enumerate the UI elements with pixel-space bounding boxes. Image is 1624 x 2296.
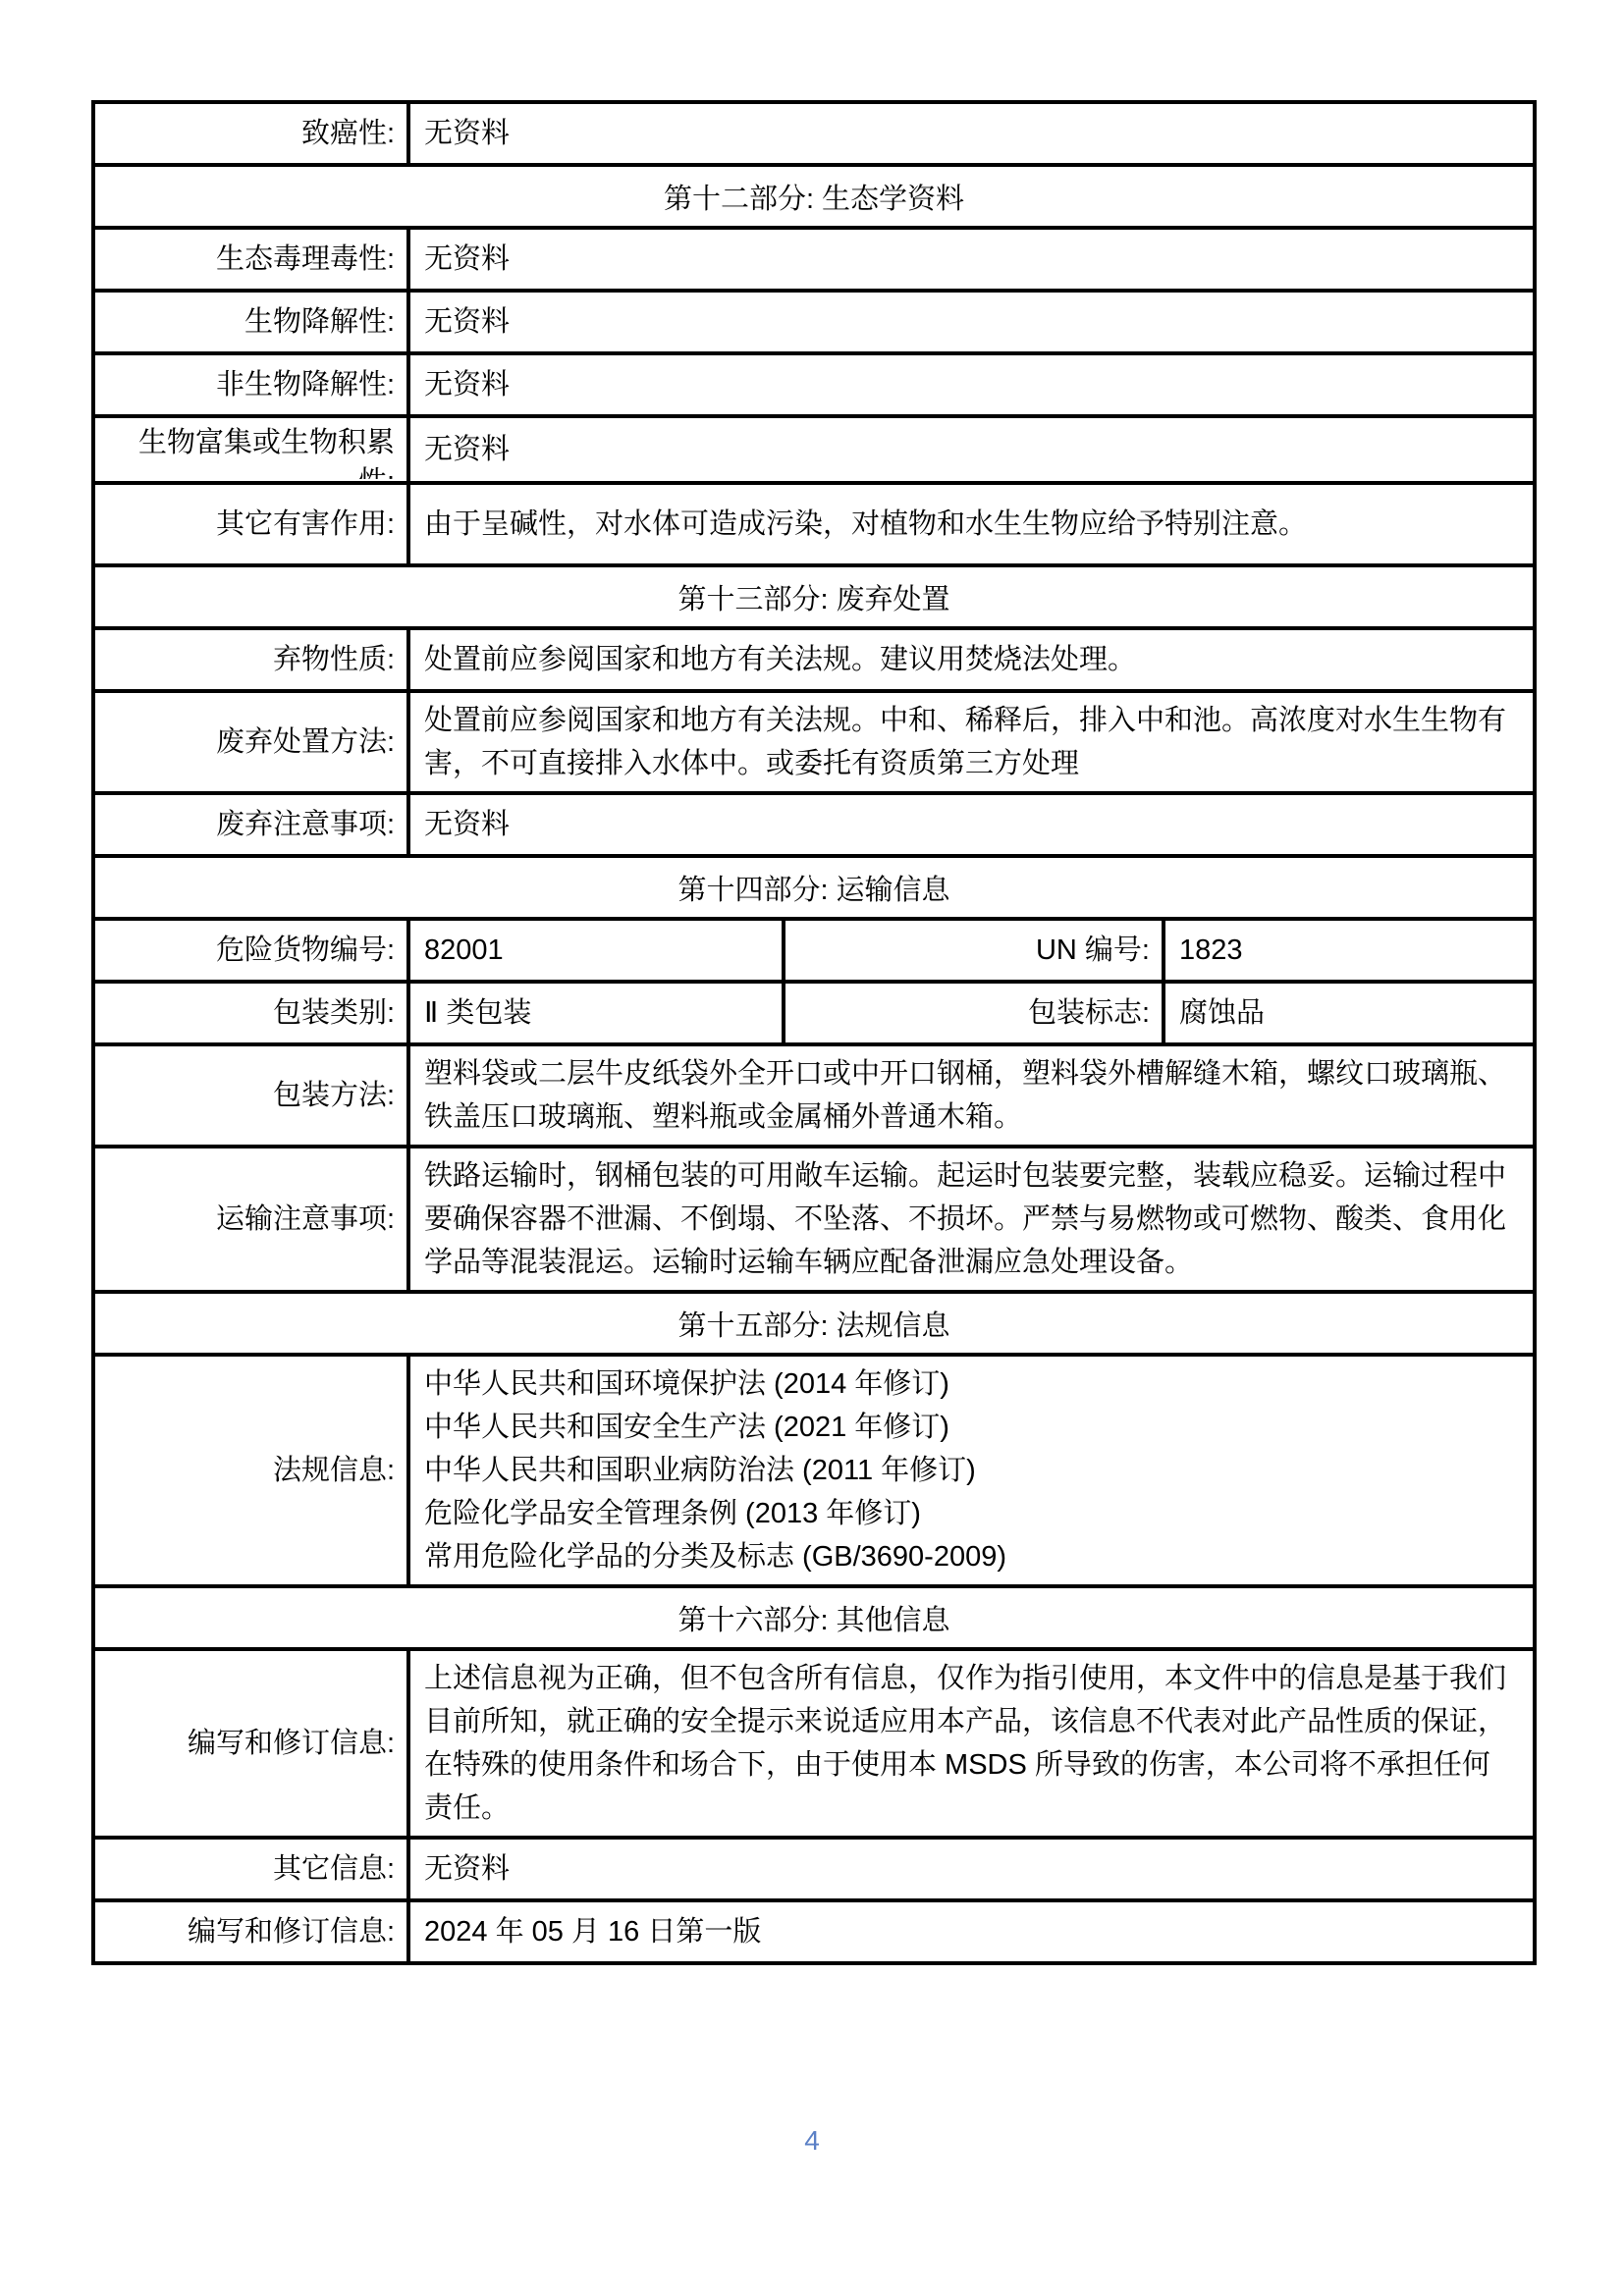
row-dangerous-goods-number: 危险货物编号: 82001 UN 编号: 1823 bbox=[93, 919, 1535, 982]
clipped-label-wrapper: 生物富集或生物积累性: bbox=[103, 420, 395, 479]
row-carcinogenicity: 致癌性: 无资料 bbox=[93, 102, 1535, 165]
row-value-left: Ⅱ 类包装 bbox=[408, 982, 784, 1044]
row-value-right: 1823 bbox=[1164, 919, 1535, 982]
row-label: 废弃处置方法: bbox=[93, 691, 408, 793]
row-label: 其它有害作用: bbox=[93, 483, 408, 565]
row-label: 废弃注意事项: bbox=[93, 793, 408, 856]
row-value: 由于呈碱性，对水体可造成污染，对植物和水生生物应给予特别注意。 bbox=[408, 483, 1535, 565]
row-label: 非生物降解性: bbox=[93, 353, 408, 416]
law-line: 危险化学品安全管理条例 (2013 年修订) bbox=[424, 1492, 1515, 1535]
row-revision-disclaimer: 编写和修订信息: 上述信息视为正确，但不包含所有信息，仅作为指引使用，本文件中的… bbox=[93, 1649, 1535, 1838]
law-line: 常用危险化学品的分类及标志 (GB/3690-2009) bbox=[424, 1535, 1515, 1578]
row-value: 无资料 bbox=[408, 1838, 1535, 1900]
row-label: 致癌性: bbox=[93, 102, 408, 165]
row-other-harmful-effects: 其它有害作用: 由于呈碱性，对水体可造成污染，对植物和水生生物应给予特别注意。 bbox=[93, 483, 1535, 565]
row-value: 无资料 bbox=[408, 291, 1535, 353]
row-packaging-method: 包装方法: 塑料袋或二层牛皮纸袋外全开口或中开口钢桶，塑料袋外槽解缝木箱，螺纹口… bbox=[93, 1044, 1535, 1147]
row-value: 中华人民共和国环境保护法 (2014 年修订) 中华人民共和国安全生产法 (20… bbox=[408, 1355, 1535, 1586]
section-title: 第十六部分: 其他信息 bbox=[93, 1586, 1535, 1649]
law-line: 中华人民共和国职业病防治法 (2011 年修订) bbox=[424, 1449, 1515, 1492]
section-title: 第十三部分: 废弃处置 bbox=[93, 565, 1535, 628]
row-value: 无资料 bbox=[408, 793, 1535, 856]
row-disposal-method: 废弃处置方法: 处置前应参阅国家和地方有关法规。中和、稀释后，排入中和池。高浓度… bbox=[93, 691, 1535, 793]
row-value-left: 82001 bbox=[408, 919, 784, 982]
msds-document-page: 致癌性: 无资料 第十二部分: 生态学资料 生态毒理毒性: 无资料 生物降解性:… bbox=[0, 0, 1624, 2296]
row-value: 无资料 bbox=[408, 353, 1535, 416]
row-value: 铁路运输时，钢桶包装的可用敞车运输。起运时包装要完整，装载应稳妥。运输过程中要确… bbox=[408, 1147, 1535, 1292]
row-other-information: 其它信息: 无资料 bbox=[93, 1838, 1535, 1900]
row-non-biodegradability: 非生物降解性: 无资料 bbox=[93, 353, 1535, 416]
row-value: 上述信息视为正确，但不包含所有信息，仅作为指引使用，本文件中的信息是基于我们目前… bbox=[408, 1649, 1535, 1838]
section-header-transport: 第十四部分: 运输信息 bbox=[93, 856, 1535, 919]
row-value: 2024 年 05 月 16 日第一版 bbox=[408, 1900, 1535, 1963]
msds-table: 致癌性: 无资料 第十二部分: 生态学资料 生态毒理毒性: 无资料 生物降解性:… bbox=[91, 100, 1537, 1965]
section-header-regulatory: 第十五部分: 法规信息 bbox=[93, 1292, 1535, 1355]
row-ecotoxicity: 生态毒理毒性: 无资料 bbox=[93, 228, 1535, 291]
row-value: 无资料 bbox=[408, 228, 1535, 291]
row-label: 弃物性质: bbox=[93, 628, 408, 691]
row-revision-date: 编写和修订信息: 2024 年 05 月 16 日第一版 bbox=[93, 1900, 1535, 1963]
row-label: 包装方法: bbox=[93, 1044, 408, 1147]
law-line: 中华人民共和国安全生产法 (2021 年修订) bbox=[424, 1406, 1515, 1449]
row-label: 生物降解性: bbox=[93, 291, 408, 353]
section-title: 第十四部分: 运输信息 bbox=[93, 856, 1535, 919]
section-title: 第十二部分: 生态学资料 bbox=[93, 165, 1535, 228]
row-disposal-precautions: 废弃注意事项: 无资料 bbox=[93, 793, 1535, 856]
row-label-left: 包装类别: bbox=[93, 982, 408, 1044]
row-label: 运输注意事项: bbox=[93, 1147, 408, 1292]
row-value: 处置前应参阅国家和地方有关法规。中和、稀释后，排入中和池。高浓度对水生生物有害，… bbox=[408, 691, 1535, 793]
row-value: 无资料 bbox=[408, 102, 1535, 165]
row-waste-nature: 弃物性质: 处置前应参阅国家和地方有关法规。建议用焚烧法处理。 bbox=[93, 628, 1535, 691]
row-value: 处置前应参阅国家和地方有关法规。建议用焚烧法处理。 bbox=[408, 628, 1535, 691]
page-number: 4 bbox=[0, 2124, 1624, 2158]
row-label: 生态毒理毒性: bbox=[93, 228, 408, 291]
section-header-other-info: 第十六部分: 其他信息 bbox=[93, 1586, 1535, 1649]
row-bioaccumulation: 生物富集或生物积累性: 无资料 bbox=[93, 416, 1535, 483]
law-line: 中华人民共和国环境保护法 (2014 年修订) bbox=[424, 1362, 1515, 1406]
row-label: 其它信息: bbox=[93, 1838, 408, 1900]
row-transport-precautions: 运输注意事项: 铁路运输时，钢桶包装的可用敞车运输。起运时包装要完整，装载应稳妥… bbox=[93, 1147, 1535, 1292]
row-biodegradability: 生物降解性: 无资料 bbox=[93, 291, 1535, 353]
row-value: 塑料袋或二层牛皮纸袋外全开口或中开口钢桶，塑料袋外槽解缝木箱，螺纹口玻璃瓶、铁盖… bbox=[408, 1044, 1535, 1147]
section-title: 第十五部分: 法规信息 bbox=[93, 1292, 1535, 1355]
section-header-ecological-info: 第十二部分: 生态学资料 bbox=[93, 165, 1535, 228]
row-label-right: UN 编号: bbox=[784, 919, 1164, 982]
row-label: 编写和修订信息: bbox=[93, 1900, 408, 1963]
row-packaging-category: 包装类别: Ⅱ 类包装 包装标志: 腐蚀品 bbox=[93, 982, 1535, 1044]
row-value-right: 腐蚀品 bbox=[1164, 982, 1535, 1044]
row-label-left: 危险货物编号: bbox=[93, 919, 408, 982]
row-label: 生物富集或生物积累性: bbox=[93, 416, 408, 483]
row-label: 编写和修订信息: bbox=[93, 1649, 408, 1838]
row-regulatory-info: 法规信息: 中华人民共和国环境保护法 (2014 年修订) 中华人民共和国安全生… bbox=[93, 1355, 1535, 1586]
section-header-disposal: 第十三部分: 废弃处置 bbox=[93, 565, 1535, 628]
row-value: 无资料 bbox=[408, 416, 1535, 483]
row-label: 法规信息: bbox=[93, 1355, 408, 1586]
row-label-right: 包装标志: bbox=[784, 982, 1164, 1044]
